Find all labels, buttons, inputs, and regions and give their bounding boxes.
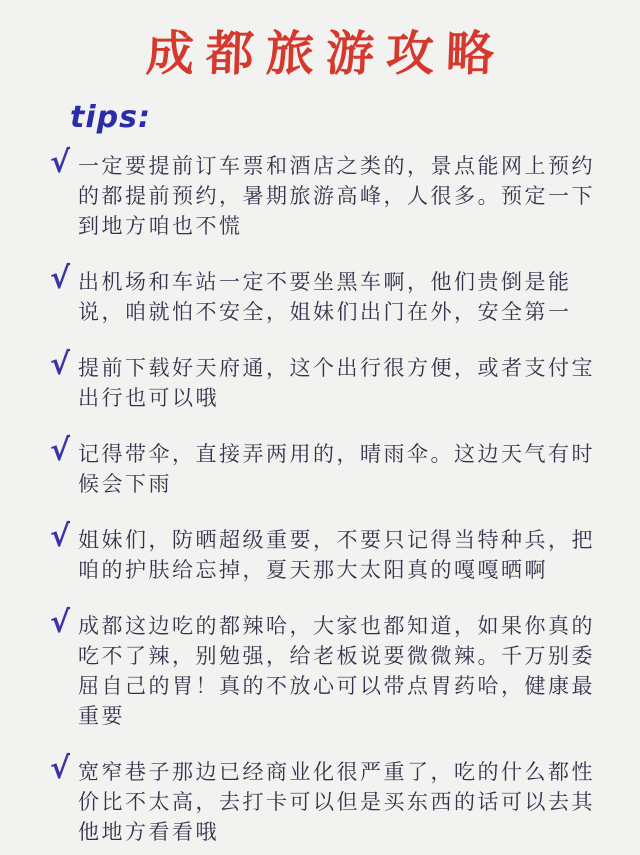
page-title: 成都旅游攻略	[0, 14, 640, 94]
tip-item: √ 姐妹们，防晒超级重要，不要只记得当特种兵，把咱的护肤给忘掉，夏天那大太阳真的…	[50, 525, 614, 585]
checkmark-icon: √	[50, 149, 78, 177]
checkmark-icon: √	[50, 755, 78, 783]
tip-text: 提前下载好天府通，这个出行很方便，或者支付宝出行也可以哦	[78, 353, 614, 413]
tip-item: √ 成都这边吃的都辣哈，大家也都知道，如果你真的吃不了辣，别勉强，给老板说要微微…	[50, 611, 614, 731]
tip-item: √ 出机场和车站一定不要坐黑车啊，他们贵倒是能说，咱就怕不安全，姐妹们出门在外，…	[50, 267, 614, 327]
checkmark-icon: √	[50, 265, 78, 293]
checkmark-icon: √	[50, 351, 78, 379]
checkmark-icon: √	[50, 437, 78, 465]
tips-label: tips:	[70, 100, 640, 135]
tip-text: 成都这边吃的都辣哈，大家也都知道，如果你真的吃不了辣，别勉强，给老板说要微微辣。…	[78, 611, 614, 731]
tips-list: √ 一定要提前订车票和酒店之类的，景点能网上预约的都提前预约，暑期旅游高峰，人很…	[0, 151, 640, 847]
checkmark-icon: √	[50, 609, 78, 637]
tip-item: √ 提前下载好天府通，这个出行很方便，或者支付宝出行也可以哦	[50, 353, 614, 413]
checkmark-icon: √	[50, 523, 78, 551]
tip-item: √ 宽窄巷子那边已经商业化很严重了，吃的什么都性价比不太高，去打卡可以但是买东西…	[50, 757, 614, 847]
tip-item: √ 记得带伞，直接弄两用的，晴雨伞。这边天气有时候会下雨	[50, 439, 614, 499]
tip-text: 出机场和车站一定不要坐黑车啊，他们贵倒是能说，咱就怕不安全，姐妹们出门在外，安全…	[78, 267, 614, 327]
tip-text: 一定要提前订车票和酒店之类的，景点能网上预约的都提前预约，暑期旅游高峰，人很多。…	[78, 151, 614, 241]
tip-text: 记得带伞，直接弄两用的，晴雨伞。这边天气有时候会下雨	[78, 439, 614, 499]
tip-text: 宽窄巷子那边已经商业化很严重了，吃的什么都性价比不太高，去打卡可以但是买东西的话…	[78, 757, 614, 847]
travel-guide-page: 成都旅游攻略 tips: √ 一定要提前订车票和酒店之类的，景点能网上预约的都提…	[0, 0, 640, 855]
tip-item: √ 一定要提前订车票和酒店之类的，景点能网上预约的都提前预约，暑期旅游高峰，人很…	[50, 151, 614, 241]
tip-text: 姐妹们，防晒超级重要，不要只记得当特种兵，把咱的护肤给忘掉，夏天那大太阳真的嘎嘎…	[78, 525, 614, 585]
